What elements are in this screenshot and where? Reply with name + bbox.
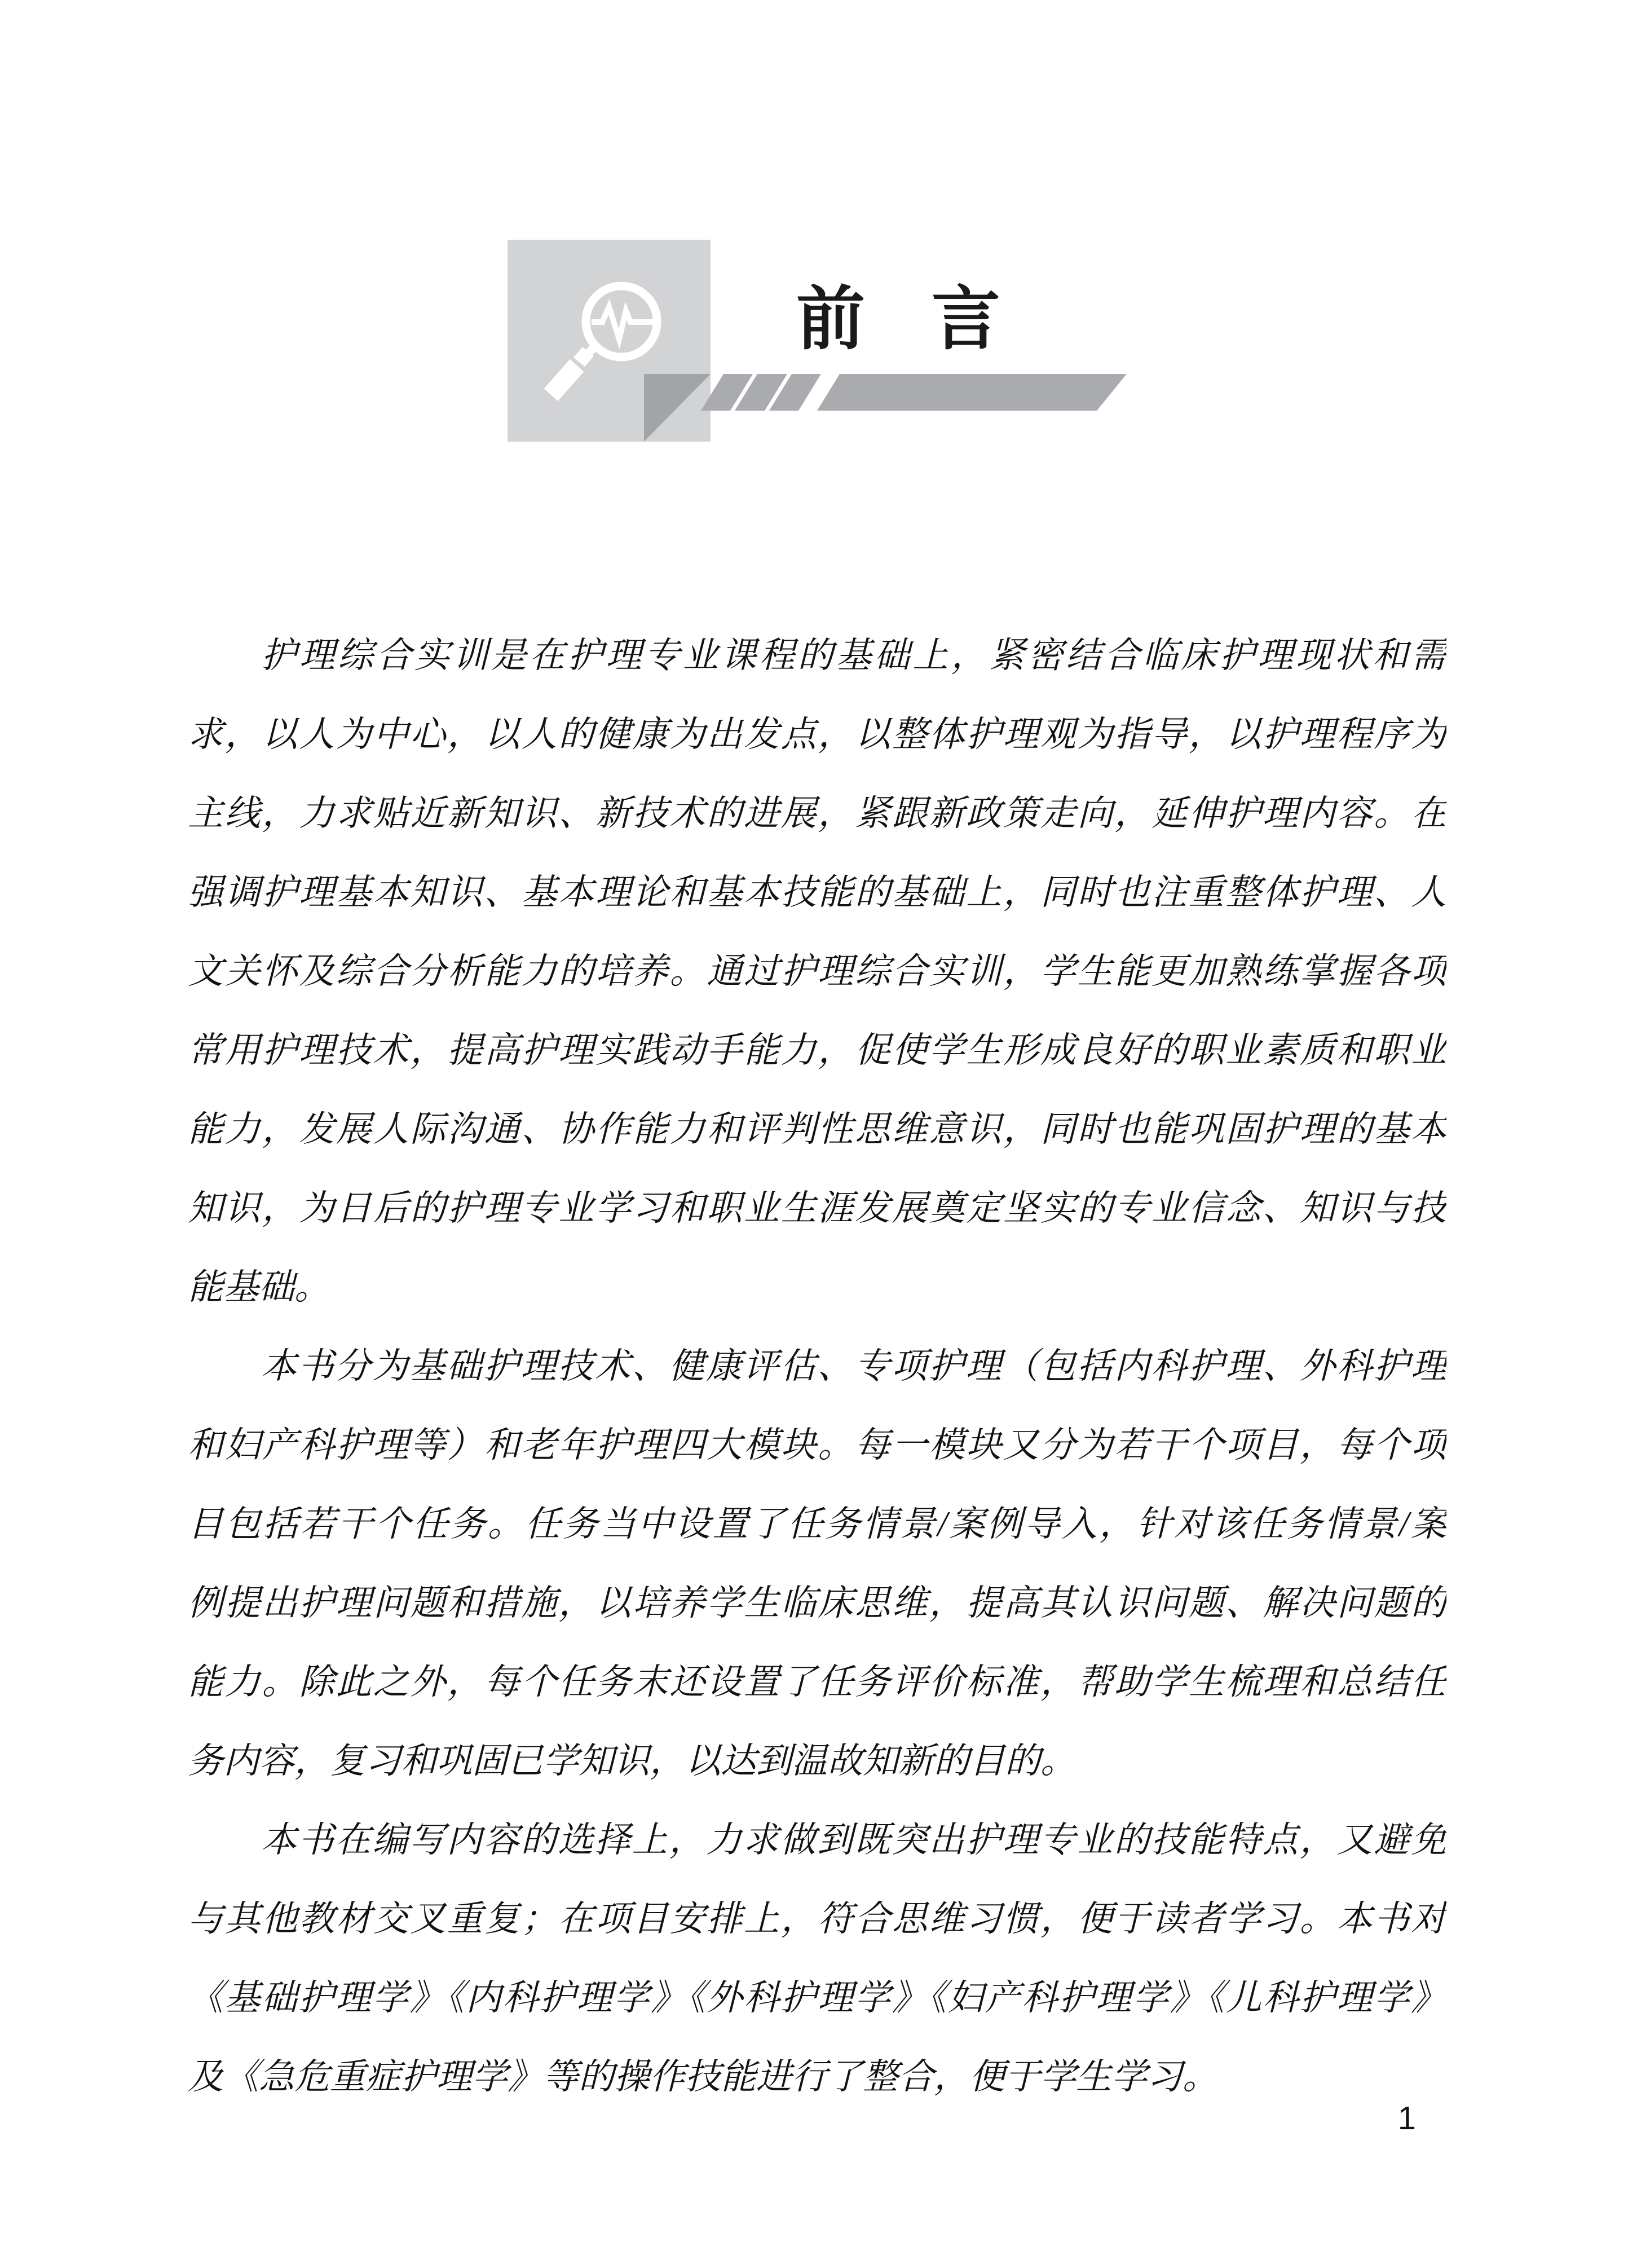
- body-line: 主线，力求贴近新知识、新技术的进展，紧跟新政策走向，延伸护理内容。在: [188, 774, 1446, 853]
- body-line: 与其他教材交叉重复；在项目安排上，符合思维习惯，便于读者学习。本书对: [188, 1879, 1446, 1958]
- body-line: 护理综合实训是在护理专业课程的基础上，紧密结合临床护理现状和需: [188, 616, 1446, 695]
- body-line: 知识，为日后的护理专业学习和职业生涯发展奠定坚实的专业信念、知识与技: [188, 1169, 1446, 1248]
- body-line: 能基础。: [188, 1248, 1446, 1327]
- title-char-qian: 前: [796, 285, 865, 354]
- magnifier-collar: [579, 351, 588, 362]
- banner-band: [817, 374, 1127, 411]
- title-char-yan: 言: [932, 285, 1000, 354]
- body-line: 能力，发展人际沟通、协作能力和评判性思维意识，同时也能巩固护理的基本: [188, 1090, 1446, 1169]
- magnifier-neck: [589, 345, 595, 353]
- paragraph-2: 本书分为基础护理技术、健康评估、专项护理（包括内科护理、外科护理 和妇产科护理等…: [188, 1327, 1446, 1800]
- body-line: 及《急危重症护理学》等的操作技能进行了整合，便于学生学习。: [188, 2037, 1446, 2116]
- paragraph-1: 护理综合实训是在护理专业课程的基础上，紧密结合临床护理现状和需 求，以人为中心，…: [188, 616, 1446, 1327]
- body-line: 务内容，复习和巩固已学知识，以达到温故知新的目的。: [188, 1721, 1446, 1800]
- body-line: 强调护理基本知识、基本理论和基本技能的基础上，同时也注重整体护理、人: [188, 853, 1446, 932]
- preface-body: 护理综合实训是在护理专业课程的基础上，紧密结合临床护理现状和需 求，以人为中心，…: [188, 616, 1446, 2116]
- body-line: 和妇产科护理等）和老年护理四大模块。每一模块又分为若干个项目，每个项: [188, 1406, 1446, 1485]
- body-line: 本书分为基础护理技术、健康评估、专项护理（包括内科护理、外科护理: [188, 1327, 1446, 1406]
- body-line: 例提出护理问题和措施，以培养学生临床思维，提高其认识问题、解决问题的: [188, 1564, 1446, 1642]
- body-line: 本书在编写内容的选择上，力求做到既突出护理专业的技能特点，又避免: [188, 1800, 1446, 1879]
- page-title: 前 言: [796, 285, 1000, 354]
- preface-page: 前 言 护理综合实训是在护理专业课程的基础上，紧密结合临床护理现状和需 求，以人…: [0, 0, 1628, 2268]
- body-line: 能力。除此之外，每个任务末还设置了任务评价标准，帮助学生梳理和总结任: [188, 1642, 1446, 1721]
- decor-gray-box: [508, 240, 711, 442]
- paragraph-3: 本书在编写内容的选择上，力求做到既突出护理专业的技能特点，又避免 与其他教材交叉…: [188, 1800, 1446, 2116]
- body-line: 文关怀及综合分析能力的培养。通过护理综合实训，学生能更加熟练掌握各项: [188, 932, 1446, 1011]
- page-number: 1: [1370, 2099, 1444, 2137]
- body-line: 求，以人为中心，以人的健康为出发点，以整体护理观为指导，以护理程序为: [188, 695, 1446, 774]
- body-line: 常用护理技术，提高护理实践动手能力，促使学生形成良好的职业素质和职业: [188, 1011, 1446, 1090]
- body-line: 目包括若干个任务。任务当中设置了任务情景/案例导入，针对该任务情景/案: [188, 1485, 1446, 1564]
- body-line: 《基础护理学》《内科护理学》《外科护理学》《妇产科护理学》《儿科护理学》: [188, 1958, 1446, 2037]
